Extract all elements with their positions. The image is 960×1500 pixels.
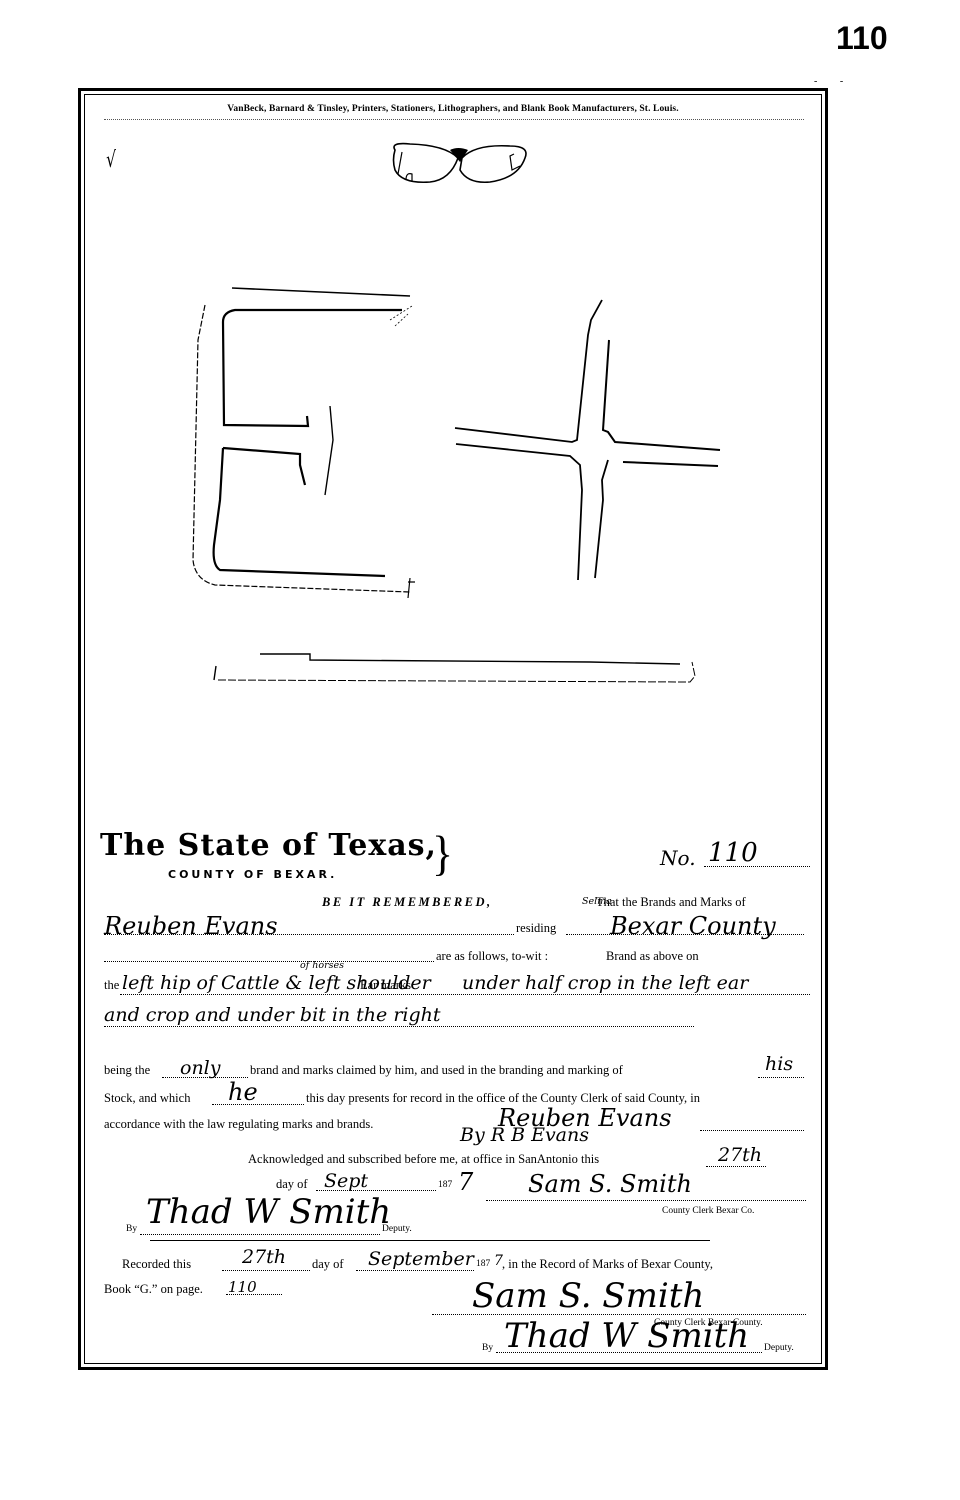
ear-marks-label: Ear marks: [360, 978, 411, 993]
marking-of-field: his: [765, 1053, 793, 1075]
ack-day-line: [706, 1166, 766, 1167]
acknowledged-text: Acknowledged and subscribed before me, a…: [248, 1152, 599, 1167]
recorded-month-field: September: [368, 1248, 474, 1270]
book-page-line: [226, 1294, 282, 1295]
recorded-label: Recorded this: [122, 1257, 191, 1272]
stock-label: Stock, and which: [104, 1091, 190, 1106]
by-label-2: By: [482, 1343, 493, 1353]
claimed-text: brand and marks claimed by him, and used…: [250, 1063, 623, 1078]
clerk-signature-2: Sam S. Smith: [472, 1276, 704, 1316]
the-label: the: [104, 978, 119, 993]
as-follows-text: are as follows, to-wit :: [436, 949, 548, 964]
deputy-label-2: Deputy.: [764, 1343, 794, 1353]
accordance-text: accordance with the law regulating marks…: [104, 1117, 373, 1132]
ack-year-suffix: 7: [458, 1168, 473, 1196]
that-text: That the Brands and Marks of: [596, 895, 746, 910]
clerk-signature-line-1: [486, 1200, 806, 1201]
recorded-day-line: [222, 1270, 310, 1271]
recorded-text: , in the Record of Marks of Bexar County…: [502, 1257, 713, 1272]
clerk-signature-line-2: [432, 1314, 806, 1315]
owner-name-line: [104, 934, 514, 935]
brace-glyph: }: [432, 830, 453, 878]
marking-of-line: [758, 1077, 804, 1078]
brand-e-icon: [190, 280, 430, 610]
deputy-line-2: [496, 1352, 762, 1353]
brand-bar-icon: [210, 650, 730, 690]
brand-as-above-text: Brand as above on: [606, 949, 699, 964]
residing-label: residing: [516, 921, 556, 936]
ear-marks-field-2: and crop and under bit in the right: [104, 1004, 441, 1026]
section-divider: [150, 1240, 710, 1241]
blank-line: [104, 961, 434, 962]
deputy-label-1: Deputy.: [382, 1224, 412, 1234]
recorded-day-field: 27th: [242, 1246, 286, 1268]
clerk-signature-1: Sam S. Smith: [528, 1170, 692, 1198]
being-the-field: only: [180, 1057, 221, 1079]
recorded-year-prefix: 187: [476, 1259, 490, 1269]
ear-marks-field-1: under half crop in the left ear: [462, 972, 748, 994]
ack-month-line: [316, 1190, 436, 1191]
county-label: COUNTY OF BEXAR.: [168, 868, 337, 881]
printer-credit-line: VanBeck, Barnard & Tinsley, Printers, St…: [84, 104, 822, 114]
be-it-remembered: BE IT REMEMBERED,: [322, 895, 493, 910]
ack-day-field: 27th: [718, 1144, 762, 1166]
day-of-label: day of: [276, 1177, 308, 1192]
clerk-title-1: County Clerk Bexar Co.: [662, 1206, 754, 1216]
owner-signature-line: [700, 1130, 804, 1131]
page-number: 110: [836, 20, 888, 57]
printer-rule: [104, 119, 804, 120]
ear-marks-line-1: [120, 994, 810, 995]
ear-marks-line-2: [104, 1026, 694, 1027]
residing-field: Bexar County: [610, 912, 776, 940]
by-signature: By R B Evans: [460, 1124, 589, 1146]
deputy-signature-2: Thad W Smith: [504, 1316, 749, 1356]
ack-year-prefix: 187: [438, 1180, 452, 1190]
deputy-line-1: [140, 1234, 380, 1235]
stock-line: [212, 1104, 304, 1105]
residing-insert: Selma: [582, 896, 612, 907]
number-value: 110: [708, 838, 758, 868]
corner-marks: - -: [814, 76, 853, 87]
deputy-signature-1: Thad W Smith: [146, 1192, 391, 1232]
number-underline: [704, 866, 810, 867]
owner-name-field: Reuben Evans: [104, 912, 278, 940]
stock-field: he: [228, 1078, 258, 1106]
ear-mark-icon: [390, 140, 530, 190]
by-label-1: By: [126, 1224, 137, 1234]
number-label: No.: [660, 846, 696, 870]
residing-line: [566, 934, 804, 935]
recorded-day-of-label: day of: [312, 1257, 344, 1272]
check-mark-icon: √: [106, 148, 116, 173]
brand-cross-icon: [450, 280, 730, 610]
being-the-label: being the: [104, 1063, 150, 1078]
brand-location-insert: of horses: [300, 960, 344, 971]
recorded-month-line: [356, 1270, 474, 1271]
form-title: The State of Texas,: [100, 828, 437, 863]
ack-month-field: Sept: [324, 1170, 368, 1192]
book-text: Book “G.” on page.: [104, 1282, 203, 1297]
